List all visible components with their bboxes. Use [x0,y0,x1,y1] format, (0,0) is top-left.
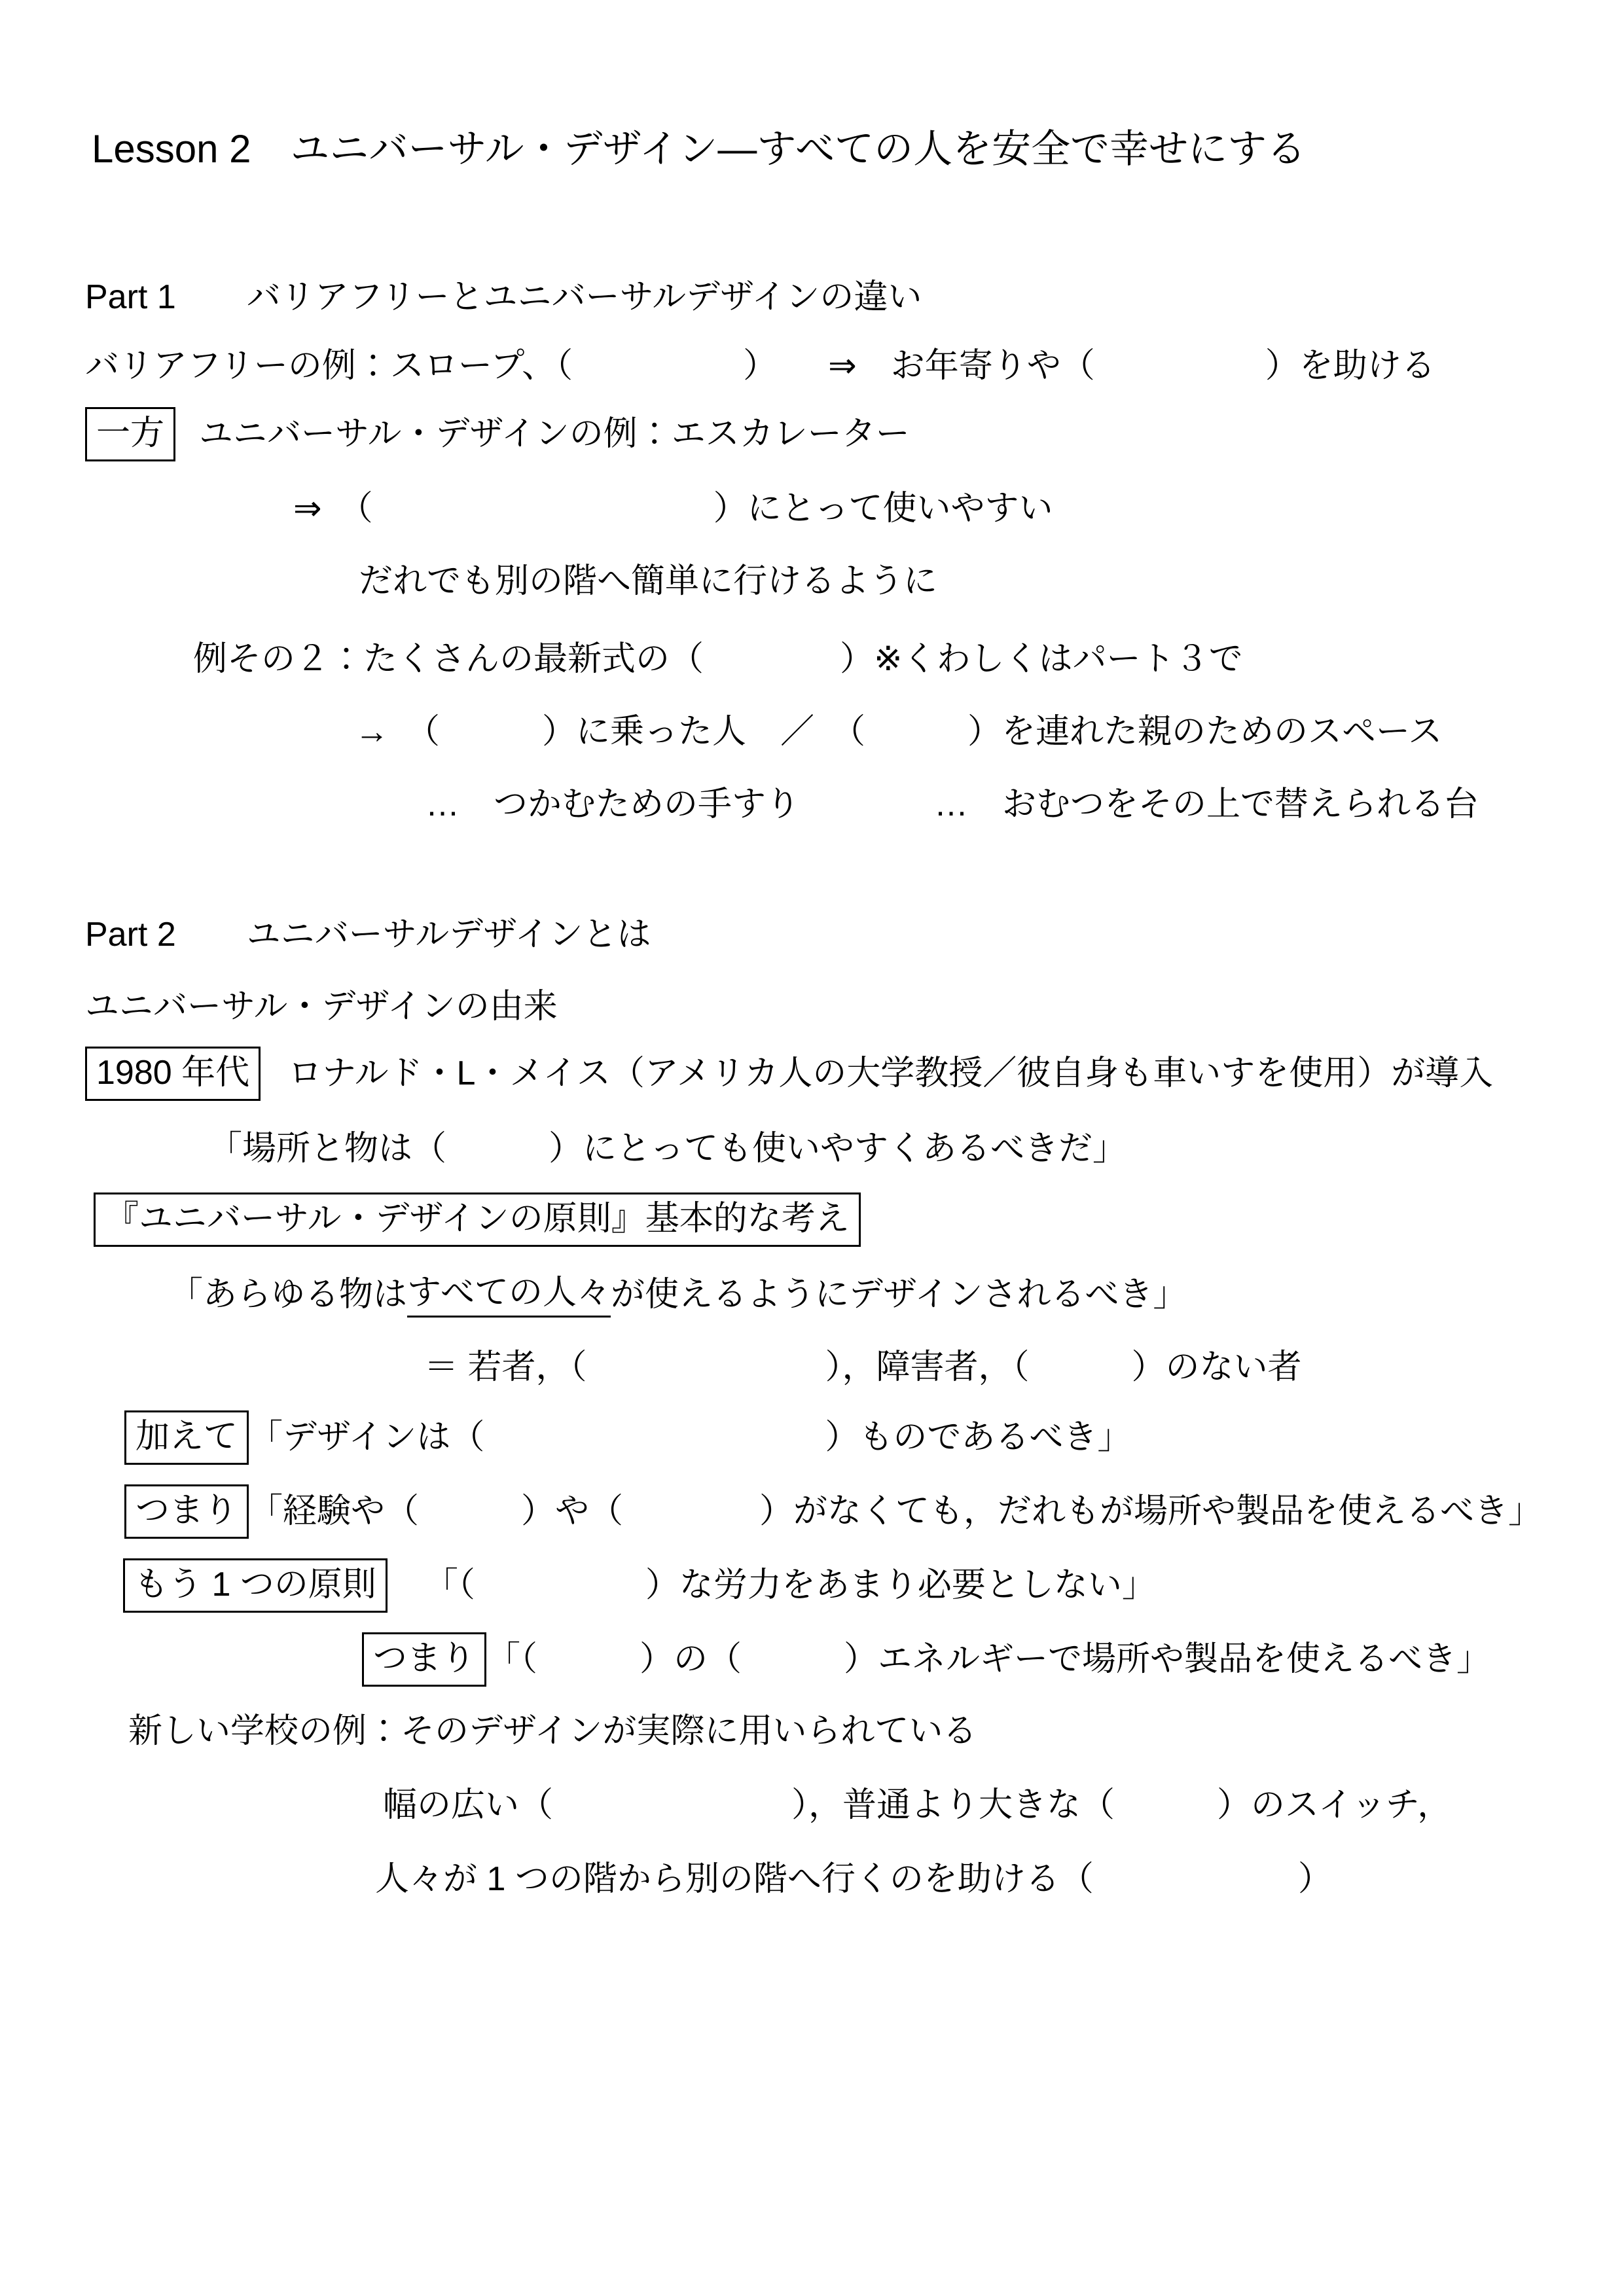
equals-definition-line: ＝ 若者，（ ），障害者，（ ）のない者 [424,1346,1301,1389]
quote-post-text: が使えるようにデザインされるべき」 [611,1274,1187,1316]
example2-line: 例その２：たくさんの最新式の（ ）※くわしくはパート３で [193,638,1243,681]
part2-heading: ユニバーサルデザインとは [247,914,651,956]
boxed-label-1980s: 1980 年代 [85,1047,261,1101]
worksheet-page: Lesson 2 ユニバーサル・デザイン―すべての人を安全で幸せにする Part… [0,0,1624,2296]
origin-heading-line: ユニバーサル・デザインの由来 [85,986,558,1028]
part1-heading: バリアフリーとユニバーサルデザインの違い [247,276,922,319]
new-school-example-line: 新しい学校の例：そのデザインが実際に用いられている [128,1710,977,1753]
design-should-be-text: 「デザインは（ ）ものであるべき」 [249,1416,1131,1459]
barrier-free-example-line: バリアフリーの例：スロープ、（ ） ⇒ お年寄りや（ ）を助ける [85,345,1435,387]
boxed-label-ippou: 一方 [85,407,175,461]
boxed-label-another-principle: もう 1 つの原則 [123,1558,388,1613]
part1-heading-line: Part 1 バリアフリーとユニバーサルデザインの違い [85,276,922,319]
diaper-table-note: … おむつをその上で替えられる台 [934,783,1479,826]
arrow-easy-to-use-line: ⇒ （ ）にとって使いやすい [293,488,1053,530]
underlined-all-people: すべての人々 [407,1272,611,1318]
boxed-principle-heading: 『ユニバーサル・デザインの原則』基本的な考え [94,1193,861,1247]
everything-designed-quote-line: 「あらゆる物は すべての人々 が使えるようにデザインされるべき」 [169,1272,1187,1318]
experience-knowledge-text: 「経験や（ ）や（ ）がなくても，だれもが場所や製品を使えるべき」 [249,1490,1542,1533]
principle-box-line: 『ユニバーサル・デザインの原則』基本的な考え [94,1193,861,1247]
little-effort-text: 「（ ）な労力をあまり必要としない」 [424,1564,1156,1607]
energy-text: 「（ ）の（ ）エネルギーで場所や製品を使えるべき」 [486,1638,1490,1681]
places-things-quote-line: 「場所と物は（ ）にとっても使いやすくあるべきだ」 [208,1128,1127,1170]
on-the-other-hand-line: 一方 ユニバーサル・デザインの例：エスカレーター [85,407,910,461]
era-line: 1980 年代 ロナルド・L・メイス（アメリカ人の大学教授／彼自身も車いすを使用… [85,1047,1493,1101]
in-addition-line: 加えて 「デザインは（ ）ものであるべき」 [124,1410,1131,1465]
dots-detail-line: … つかむための手すり … おむつをその上で替えられる台 [425,783,1479,826]
another-principle-line: もう 1 つの原則 「（ ）な労力をあまり必要としない」 [123,1558,1156,1613]
anyone-can-go-line: だれでも別の階へ簡単に行けるように [359,560,937,603]
school-detail-line-1: 幅の広い（ ），普通より大きな（ ）のスイッチ， [383,1784,1451,1827]
example2-arrow-line: → （ ）に乗った人 ／ （ ）を連れた親のためのスペース [355,711,1442,753]
part2-label: Part 2 [85,914,176,956]
that-is-line-1: つまり 「経験や（ ）や（ ）がなくても，だれもが場所や製品を使えるべき」 [124,1484,1542,1539]
lesson-title: Lesson 2 ユニバーサル・デザイン―すべての人を安全で幸せにする [92,124,1306,173]
that-is-line-2: つまり 「（ ）の（ ）エネルギーで場所や製品を使えるべき」 [362,1632,1490,1687]
handrail-note: … つかむための手すり [425,783,800,826]
ronald-mace-text: ロナルド・L・メイス（アメリカ人の大学教授／彼自身も車いすを使用）が導入 [288,1052,1493,1095]
school-detail-line-2: 人々が 1 つの階から別の階へ行くのを助ける（ ） [375,1858,1332,1901]
boxed-label-tsumari-2: つまり [362,1632,486,1687]
part2-heading-line: Part 2 ユニバーサルデザインとは [85,914,651,956]
boxed-label-tsumari-1: つまり [124,1484,249,1539]
boxed-label-kuwaete: 加えて [124,1410,249,1465]
quote-pre-text: 「あらゆる物は [169,1274,407,1316]
part1-label: Part 1 [85,276,176,319]
universal-design-example-text: ユニバーサル・デザインの例：エスカレーター [199,413,910,456]
